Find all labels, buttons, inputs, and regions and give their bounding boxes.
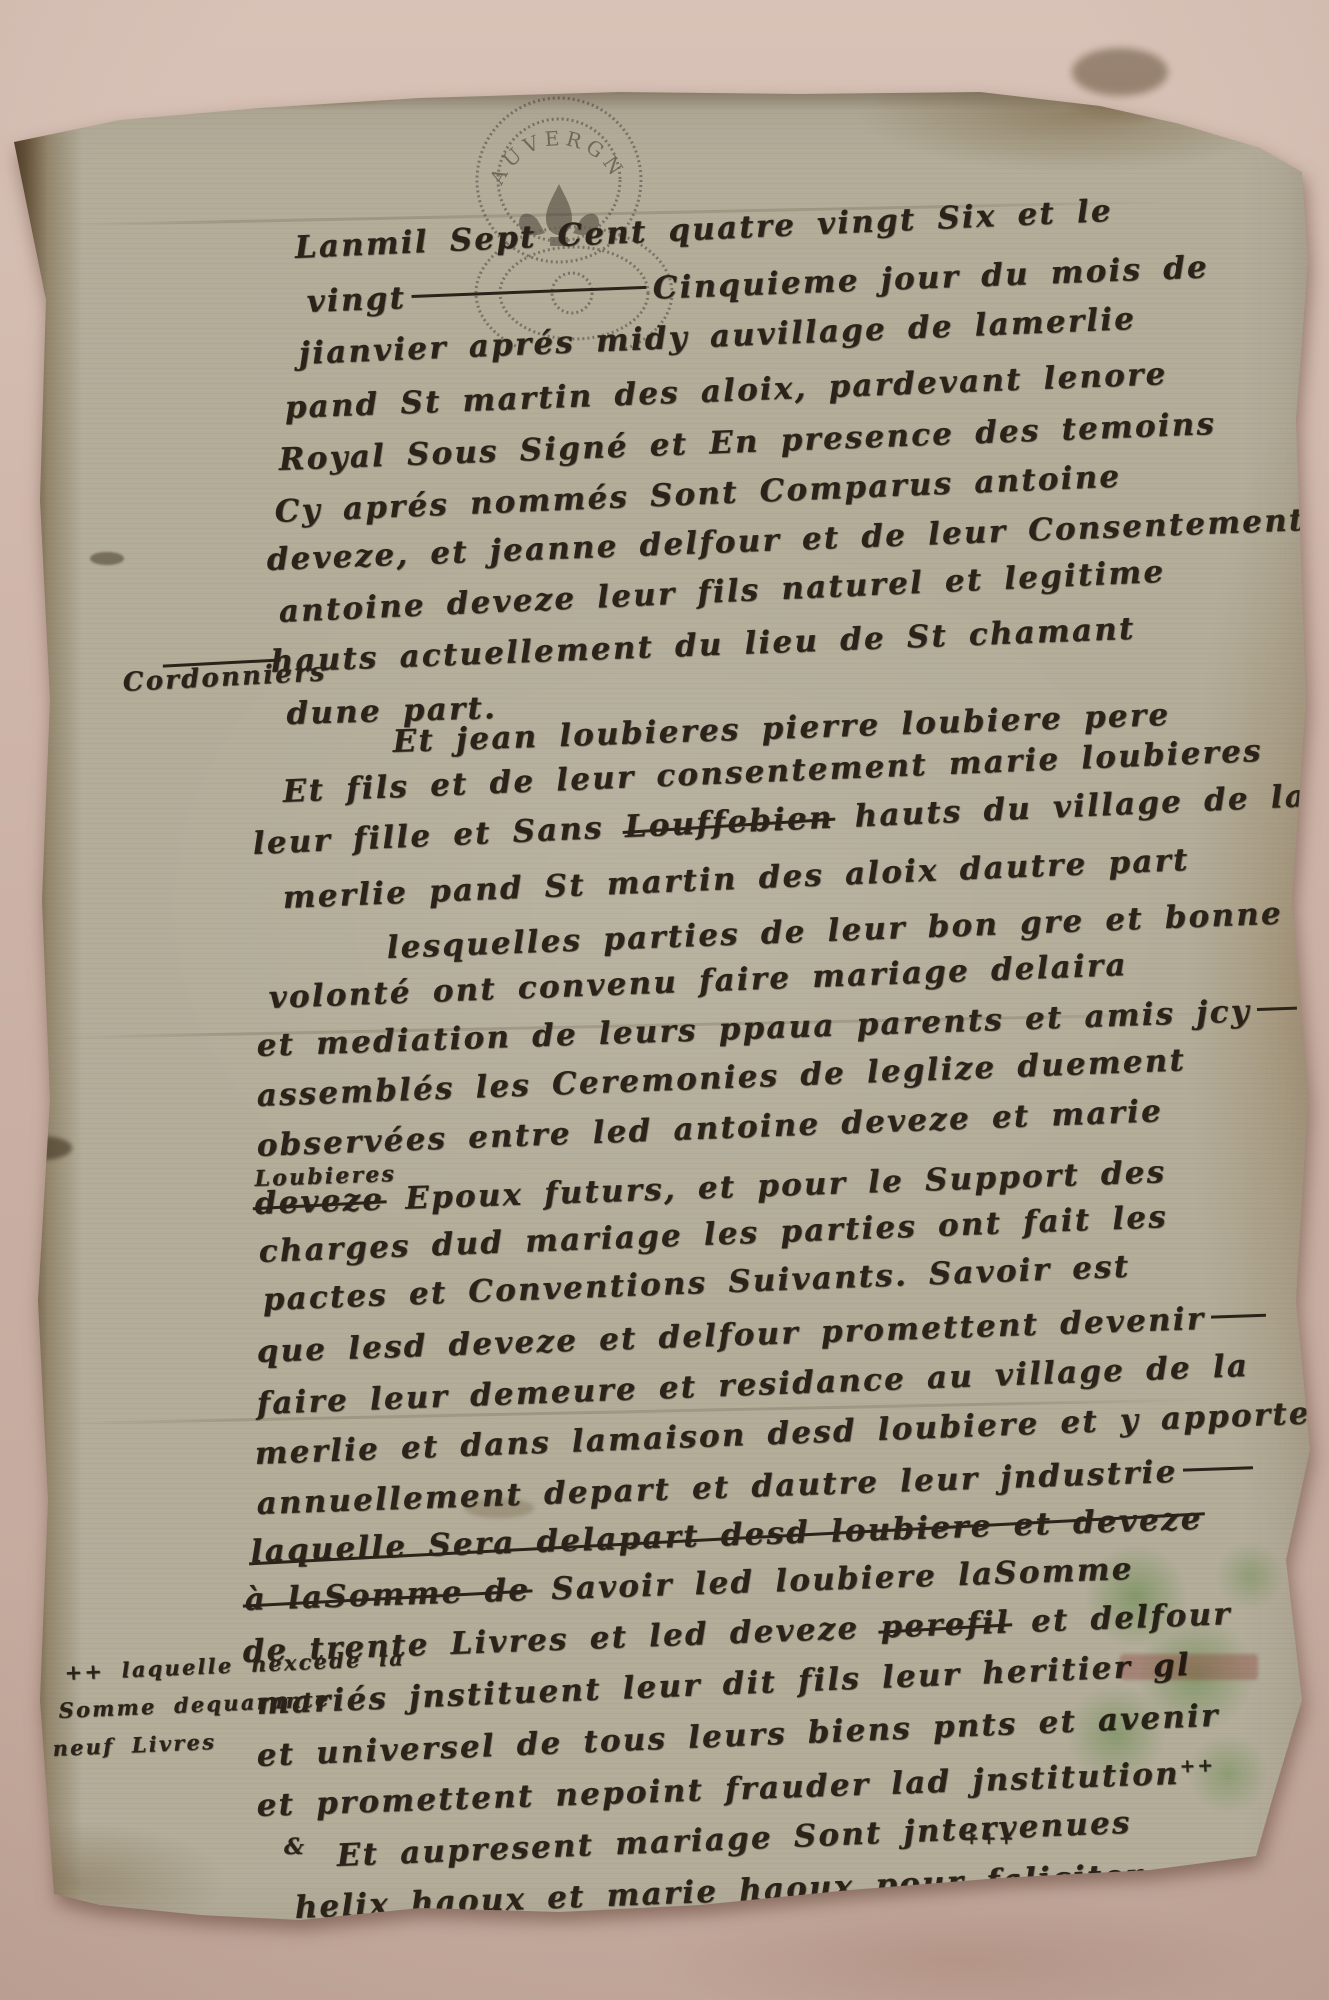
handwritten-text: lesquelles parties de leur bon gre et bo…: [386, 896, 1283, 966]
filler-dash: [1257, 1007, 1297, 1011]
handwritten-text: Cinquieme jour du mois de: [652, 249, 1209, 306]
filler-dash: [412, 286, 647, 298]
handwritten-text: Lanmil Sept Cent quatre vingt Six et le: [294, 193, 1113, 266]
scanned-manuscript-page: { "document": { "kind": "18th-century Fr…: [0, 0, 1329, 2000]
insertion-mark: +++: [964, 1828, 1016, 1849]
manuscript-line: Lanmil Sept Cent quatre vingt Six et le: [294, 193, 1113, 266]
struck-text: deveze: [254, 1181, 385, 1222]
handwritten-text: Savoir led loubiere laSomme: [530, 1551, 1135, 1608]
paper-stain: [216, 82, 396, 104]
handwritten-text: ++: [1179, 1755, 1215, 1777]
handwritten-text: vingt: [306, 280, 407, 320]
insertion-mark: &: [284, 1834, 306, 1860]
paper-sheet: AUVERGNE Lanmil Sept Cent quatre vingt S…: [6, 84, 1318, 1954]
handwritten-text: ++ tantes a lafuture epouze: [294, 1921, 904, 1981]
paper-wrapper: AUVERGNE Lanmil Sept Cent quatre vingt S…: [6, 84, 1318, 1954]
handwritten-text: &: [284, 1834, 306, 1860]
margin-note: Cordonniers: [122, 657, 327, 698]
struck-text: Louffebien: [624, 800, 835, 845]
handwritten-text: neuf Livres: [52, 1729, 217, 1761]
margin-note: neuf Livres: [52, 1729, 217, 1761]
struck-text: à laSomme de: [244, 1572, 531, 1618]
handwritten-text: ++ laquelle nexcede la: [64, 1645, 405, 1685]
struck-text: perefil: [880, 1605, 1011, 1646]
handwritten-text: leur fille et Sans: [252, 809, 625, 862]
manuscript-line: lesquelles parties de leur bon gre et bo…: [386, 896, 1283, 966]
manuscript-line: ++ tantes a lafuture epouze: [294, 1921, 904, 1981]
handwritten-text: et delfour: [1009, 1596, 1232, 1640]
handwritten-text: Cordonniers: [122, 657, 327, 698]
manuscript-text-block: Lanmil Sept Cent quatre vingt Six et lev…: [6, 84, 1318, 1954]
handwritten-text: +++: [964, 1828, 1016, 1849]
filler-dash: [1183, 1466, 1253, 1471]
margin-note: ++ laquelle nexcede la: [64, 1645, 405, 1685]
handwritten-text: hauts du village de la: [833, 778, 1308, 835]
filler-dash: [1211, 1314, 1266, 1319]
